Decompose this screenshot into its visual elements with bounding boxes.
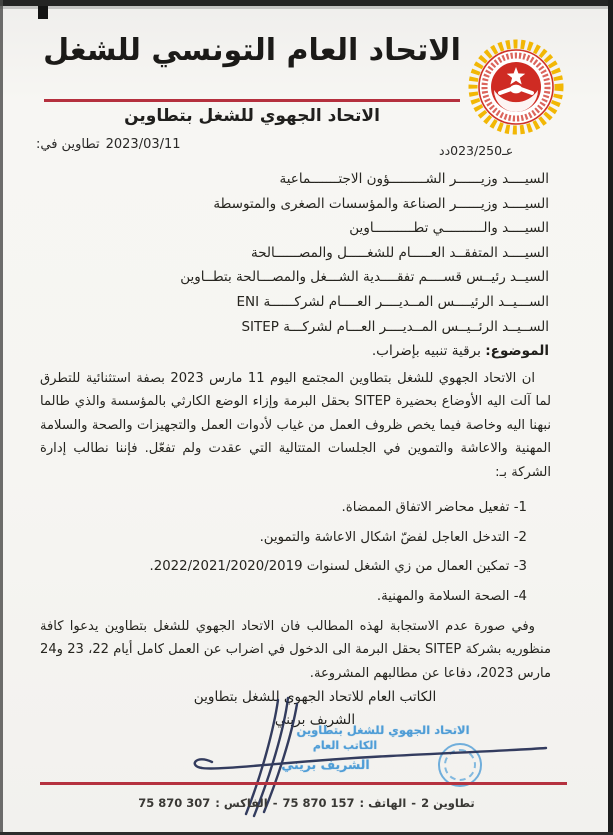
recipient-line: السيــــد وزيــــــر الشـــــــــؤون الا… <box>58 167 549 192</box>
footer-fax-label: الفاكس : <box>215 796 267 810</box>
recipient-line: السيــــد وزيــــــر الصناعة والمؤسسات ا… <box>58 192 549 217</box>
footer-separator: - <box>273 796 278 810</box>
footer-phone-number: 75 870 157 <box>282 796 354 810</box>
subject-label: الموضوع: <box>485 343 549 359</box>
footer-separator: - <box>411 796 416 810</box>
scan-edge-left <box>0 0 3 835</box>
subject-line: الموضوع: برقية تنبيه بإضراب. <box>372 343 549 359</box>
stamp-line-organization: الاتحاد الجهوي للشغل بتطاوين <box>293 723 473 737</box>
footer-phone-label: الهاتف : <box>360 796 407 810</box>
footer-location: تطاوين 2 <box>421 796 475 810</box>
demands-list: 1- تفعيل محاضر الاتفاق الممضاة. 2- التدخ… <box>60 499 527 617</box>
date-row: تطاوين في: 2023/03/11 <box>36 137 181 152</box>
demand-item: 3- تمكين العمال من زي الشغل لسنوات 2022/… <box>60 558 527 576</box>
recipients-list: السيــــد وزيــــــر الشـــــــــؤون الا… <box>58 167 549 339</box>
footer-contact: تطاوين 2 - الهاتف : 75 870 157 - الفاكس … <box>0 796 613 810</box>
demand-item: 2- التدخل العاجل لفضّ اشكال الاعاشة والت… <box>60 529 527 547</box>
footer-divider <box>40 782 567 785</box>
recipient-line: الســيــد الرئــيــس المــديــــر العـــ… <box>58 315 549 340</box>
scan-edge-right <box>608 0 613 835</box>
subject-text: برقية تنبيه بإضراب. <box>372 343 481 359</box>
body-intro-paragraph: ان الاتحاد الجهوي للشغل بتطاوين المجتمع … <box>40 367 551 484</box>
footer-fax-number: 75 870 307 <box>138 796 210 810</box>
reference-number: عـ023/250دد <box>439 143 549 158</box>
closing-paragraph: وفي صورة عدم الاستجابة لهذه المطالب فان … <box>40 615 551 685</box>
demand-item: 1- تفعيل محاضر الاتفاق الممضاة. <box>60 499 527 517</box>
recipient-line: الســـيــد الرئيــــس المــديــــر العــ… <box>58 290 549 315</box>
date-value: 2023/03/11 <box>106 137 181 152</box>
organization-title: الاتحاد العام التونسي للشغل <box>40 33 464 68</box>
ugtt-emblem-icon <box>466 34 566 138</box>
stamp-line-name: الشريف بريني <box>268 757 383 772</box>
date-label: تطاوين في: <box>36 137 100 152</box>
signatory-title: الكاتب العام للاتحاد الجهوي للشغل بتطاوي… <box>140 686 490 709</box>
title-underline <box>44 99 460 102</box>
stamp-emblem-icon <box>438 743 482 787</box>
stamp-line-role: الكاتب العام <box>295 739 395 752</box>
regional-union-title: الاتحاد الجهوي للشغل بتطاوين <box>40 106 464 126</box>
scan-edge-top-shadow <box>0 6 613 9</box>
recipient-line: السيــــد والــــــــــي تطــــــــــاوي… <box>58 216 549 241</box>
scan-artifact-blob <box>38 6 48 19</box>
recipient-line: السيــد رئيــس قســــم تفقــــدية الشـــ… <box>58 265 549 290</box>
recipient-line: السيــــد المتفقــد العـــــام للشغـــــ… <box>58 241 549 266</box>
demand-item: 4- الصحة السلامة والمهنية. <box>60 588 527 606</box>
